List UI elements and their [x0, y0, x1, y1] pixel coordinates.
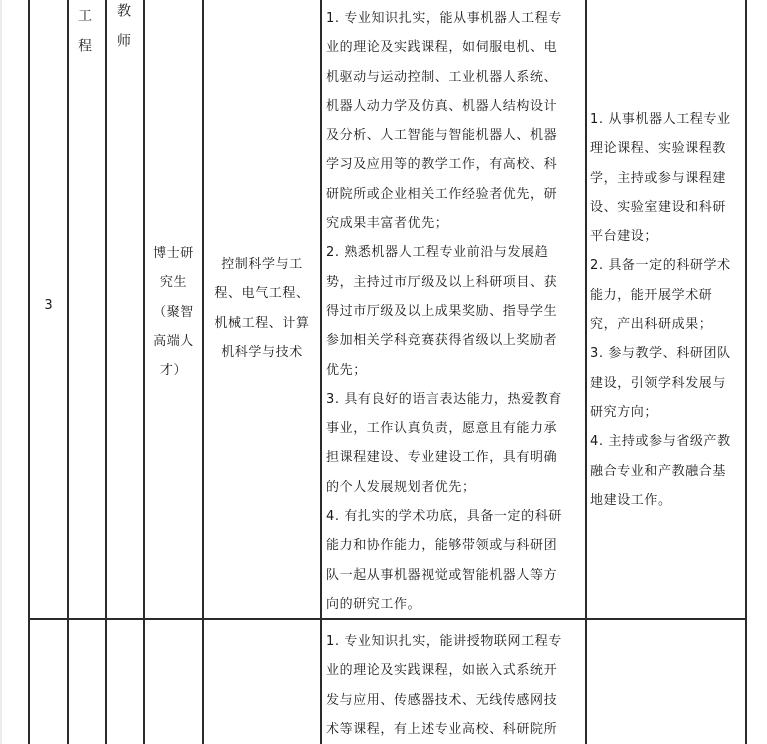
- education-line: （聚智: [145, 298, 202, 327]
- duty-line: 地建设工作。: [590, 486, 745, 515]
- row-index: 3: [30, 298, 67, 313]
- requirement-line: 发与应用、传感器技术、无线传感网技: [326, 686, 584, 715]
- education-cell: 博士研 究生 （聚智 高端人 才）: [145, 239, 202, 385]
- duty-line: 究，产出科研成果；: [590, 310, 745, 339]
- requirement-line: 机驱动与运动控制、工业机器人系统、: [326, 63, 584, 92]
- duty-line: 2. 具备一定的科研学术: [590, 251, 745, 280]
- major-cell: 控制科学与工 程、电气工程、 机械工程、计算 机科学与技术: [204, 250, 320, 367]
- major-line: 程、电气工程、: [204, 279, 320, 308]
- requirement-line: 的个人发展规划者优先；: [326, 473, 584, 502]
- duties-cell: 1. 从事机器人工程专业 理论课程、实验课程教 学，主持或参与课程建 设、实验室…: [590, 105, 745, 515]
- major-line: 机科学与技术: [204, 338, 320, 367]
- requirement-line: 事业，工作认真负责，愿意且有能力承: [326, 414, 584, 443]
- requirement-line: 研院所或企业相关工作经验者优先，研: [326, 180, 584, 209]
- education-line: 博士研: [145, 239, 202, 268]
- major-line: 控制科学与工: [204, 250, 320, 279]
- duty-line: 1. 从事机器人工程专业: [590, 105, 745, 134]
- department-name: 网工程: [74, 0, 94, 68]
- requirement-line: 业的理论及实践课程，如嵌入式系统开: [326, 656, 584, 685]
- requirement-line: 1. 专业知识扎实，能从事机器人工程专: [326, 4, 584, 33]
- column-border: [585, 0, 587, 744]
- requirement-line: 能力和协作能力，能够带领或与科研团: [326, 531, 584, 560]
- duty-line: 学，主持或参与课程建: [590, 164, 745, 193]
- requirements-cell: 1. 专业知识扎实，能讲授物联网工程专 业的理论及实践课程，如嵌入式系统开 发与…: [326, 627, 584, 744]
- requirement-line: 及分析、人工智能与智能机器人、机器: [326, 121, 584, 150]
- requirement-line: 队一起从事机器视觉或智能机器人等方: [326, 561, 584, 590]
- education-line: 高端人: [145, 327, 202, 356]
- department-cell: 网工程: [74, 0, 102, 68]
- requirement-line: 2. 熟悉机器人工程专业前沿与发展趋: [326, 238, 584, 267]
- duty-line: 能力，能开展学术研: [590, 281, 745, 310]
- requirements-cell: 1. 专业知识扎实，能从事机器人工程专 业的理论及实践课程，如伺服电机、电 机驱…: [326, 4, 584, 619]
- requirement-line: 3. 具有良好的语言表达能力，热爱教育: [326, 385, 584, 414]
- page-edge: [0, 0, 2, 744]
- requirement-line: 机器人动力学及仿真、机器人结构设计: [326, 92, 584, 121]
- requirement-line: 学习及应用等的教学工作，有高校、科: [326, 150, 584, 179]
- duty-line: 4. 主持或参与省级产教: [590, 427, 745, 456]
- position-cell: 教师: [113, 3, 141, 73]
- requirement-line: 究成果丰富者优先；: [326, 209, 584, 238]
- duty-line: 3. 参与教学、科研团队: [590, 339, 745, 368]
- column-border: [202, 0, 204, 744]
- requirement-line: 担课程建设、专业建设工作，具有明确: [326, 443, 584, 472]
- column-border: [105, 0, 107, 744]
- requirement-line: 4. 有扎实的学术功底，具备一定的科研: [326, 502, 584, 531]
- duty-line: 平台建设；: [590, 222, 745, 251]
- requirement-line: 势，主持过市厅级及以上科研项目、获: [326, 268, 584, 297]
- duty-line: 研究方向；: [590, 398, 745, 427]
- column-border: [320, 0, 322, 744]
- requirement-line: 业的理论及实践课程，如伺服电机、电: [326, 33, 584, 62]
- requirement-line: 术等课程，有上述专业高校、科研院所: [326, 715, 584, 744]
- position-name: 教师: [113, 3, 133, 63]
- column-border: [67, 0, 69, 744]
- requirement-line: 参加相关学科竞赛获得省级以上奖励者: [326, 326, 584, 355]
- duty-line: 设、实验室建设和科研: [590, 193, 745, 222]
- duty-line: 理论课程、实验课程教: [590, 134, 745, 163]
- requirement-line: 向的研究工作。: [326, 590, 584, 619]
- column-border: [28, 0, 30, 744]
- education-line: 才）: [145, 356, 202, 385]
- duty-line: 融合专业和产教融合基: [590, 457, 745, 486]
- requirement-line: 1. 专业知识扎实，能讲授物联网工程专: [326, 627, 584, 656]
- requirement-line: 得过市厅级及以上成果奖励、指导学生: [326, 297, 584, 326]
- duty-line: 建设，引领学科发展与: [590, 369, 745, 398]
- column-border: [745, 0, 747, 744]
- major-line: 机械工程、计算: [204, 309, 320, 338]
- requirement-line: 优先；: [326, 356, 584, 385]
- education-line: 究生: [145, 268, 202, 297]
